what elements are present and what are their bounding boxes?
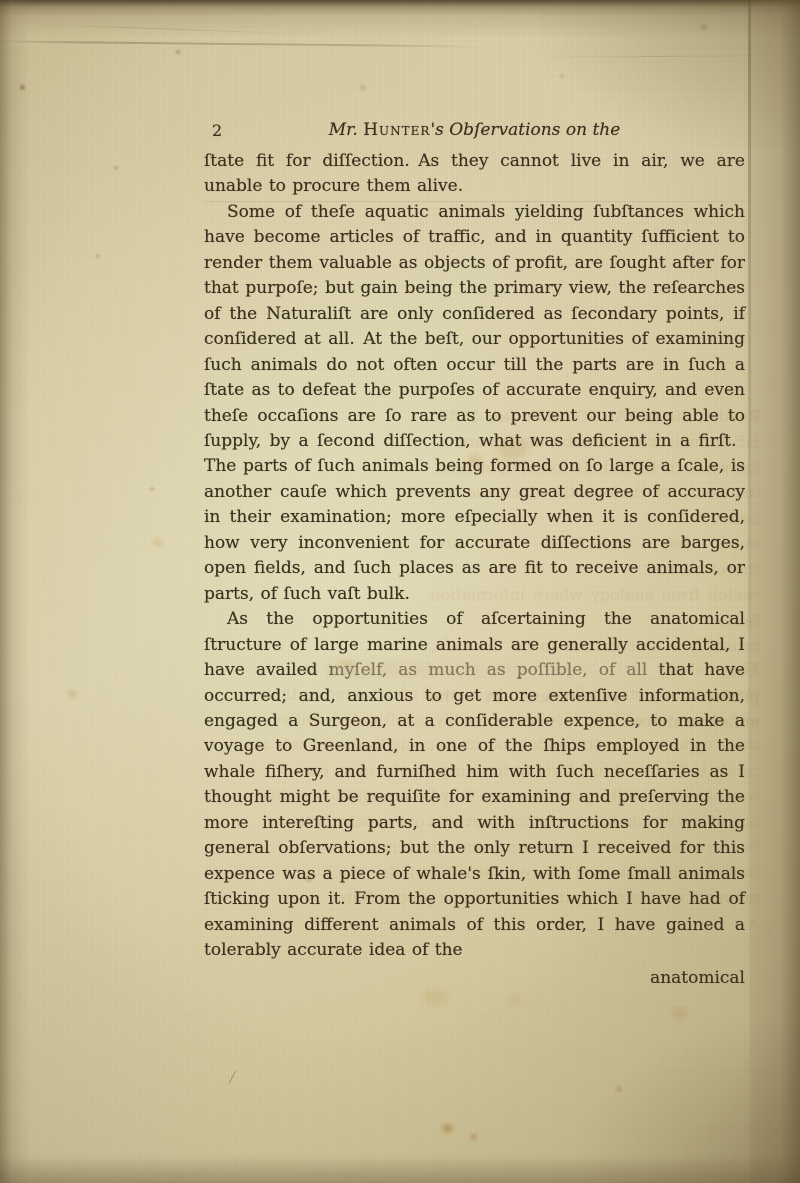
paper-stain	[68, 690, 77, 698]
paper-fold	[748, 0, 751, 1010]
paper-stain	[153, 538, 163, 547]
paper-stain	[616, 1086, 622, 1092]
paper-stain	[672, 1008, 686, 1019]
paper-stain	[700, 24, 708, 30]
ink-fade-patch	[330, 661, 660, 678]
paper-stain	[442, 1124, 453, 1133]
paragraph-2: Some of theſe aquatic animals yielding ſ…	[204, 200, 745, 607]
paper-stain	[470, 1134, 477, 1140]
paper-stain	[424, 990, 448, 1005]
page-edge-shadow-left	[0, 0, 30, 1183]
page-corner-shadow-bottom-right	[580, 1023, 800, 1183]
paper-stain	[176, 50, 180, 54]
page-header: 2 Mr. Hunter's Obſervations on the	[204, 120, 745, 146]
scanned-page: Read at the ROYAL SOCIETY, Jan. 1787. HE…	[0, 0, 800, 1183]
paper-stain	[560, 74, 564, 78]
running-title-mr: Mr.	[329, 120, 358, 140]
running-title-name: Hunter	[363, 120, 430, 140]
running-title: Mr. Hunter's Obſervations on the	[204, 120, 745, 140]
paper-stain	[114, 166, 118, 170]
page-edge-shadow-bottom	[0, 1155, 800, 1183]
page-number: 2	[212, 121, 222, 140]
paper-stain	[508, 995, 521, 1005]
paragraph-continuation: ſtate fit for diſſection. As they cannot…	[204, 149, 745, 200]
running-title-possessive: 's	[430, 120, 443, 140]
paper-scratch	[229, 1071, 236, 1084]
paper-stain	[360, 85, 366, 90]
paper-stain	[150, 487, 154, 491]
paper-crease	[515, 55, 800, 58]
page-edge-shadow-top	[0, 0, 800, 38]
catchword: anatomical	[204, 966, 745, 991]
paper-crease	[0, 40, 479, 47]
body-text: ſtate fit for diſſection. As they cannot…	[204, 149, 745, 991]
running-title-rest: Obſervations on the	[449, 120, 620, 140]
paper-stain	[20, 85, 25, 90]
paper-stain	[96, 254, 100, 258]
paper-crease	[40, 24, 320, 35]
